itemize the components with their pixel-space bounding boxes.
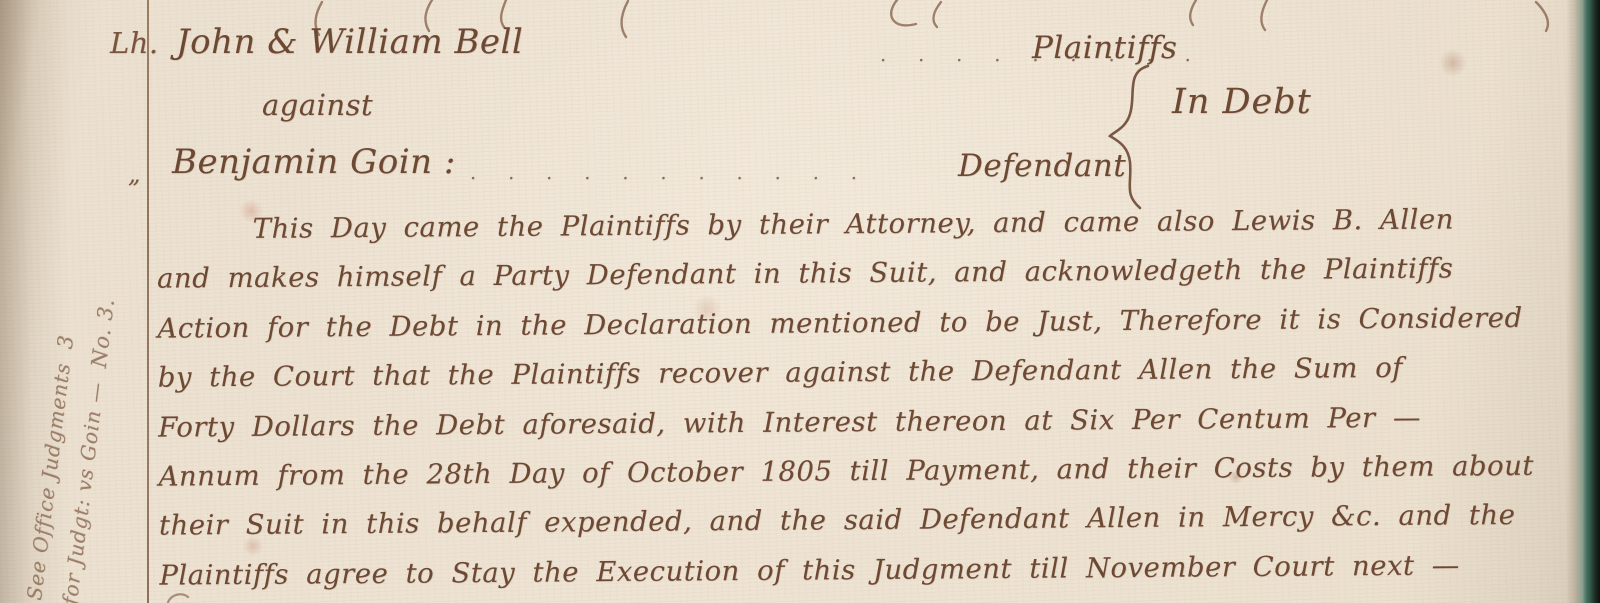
caption-brace — [1106, 62, 1166, 212]
body-line: Plaintiffs agree to Stay the Execution o… — [159, 540, 1589, 601]
gutter-note-number: No. 3. — [87, 297, 119, 369]
docket-mark: Lh. — [110, 26, 159, 60]
judgment-entry-paragraph: This Day came the Plaintiffs by their At… — [156, 194, 1589, 600]
defendant-label: Defendant — [958, 148, 1126, 184]
defendant-name: Benjamin Goin : — [172, 142, 456, 182]
next-line-partial-stroke — [160, 590, 220, 603]
paper-stain — [1440, 48, 1466, 78]
action-type-label: In Debt — [1172, 82, 1312, 122]
margin-rule-line — [147, 0, 149, 603]
versus-word: against — [262, 88, 373, 122]
gutter-note-brace-ref: 3 — [53, 333, 79, 350]
defendant-leader-dots: . . . . . . . . . . . — [470, 162, 870, 184]
manuscript-page-scan: See Office Judgments3 for Judgt: vs Goin… — [0, 0, 1600, 603]
ditto-mark: „ — [128, 160, 141, 188]
plaintiff-names: John & William Bell — [176, 22, 523, 62]
gutter-reference-note: See Office Judgments3 for Judgt: vs Goin… — [16, 151, 142, 603]
plaintiff-label: Plaintiffs — [1032, 30, 1177, 66]
